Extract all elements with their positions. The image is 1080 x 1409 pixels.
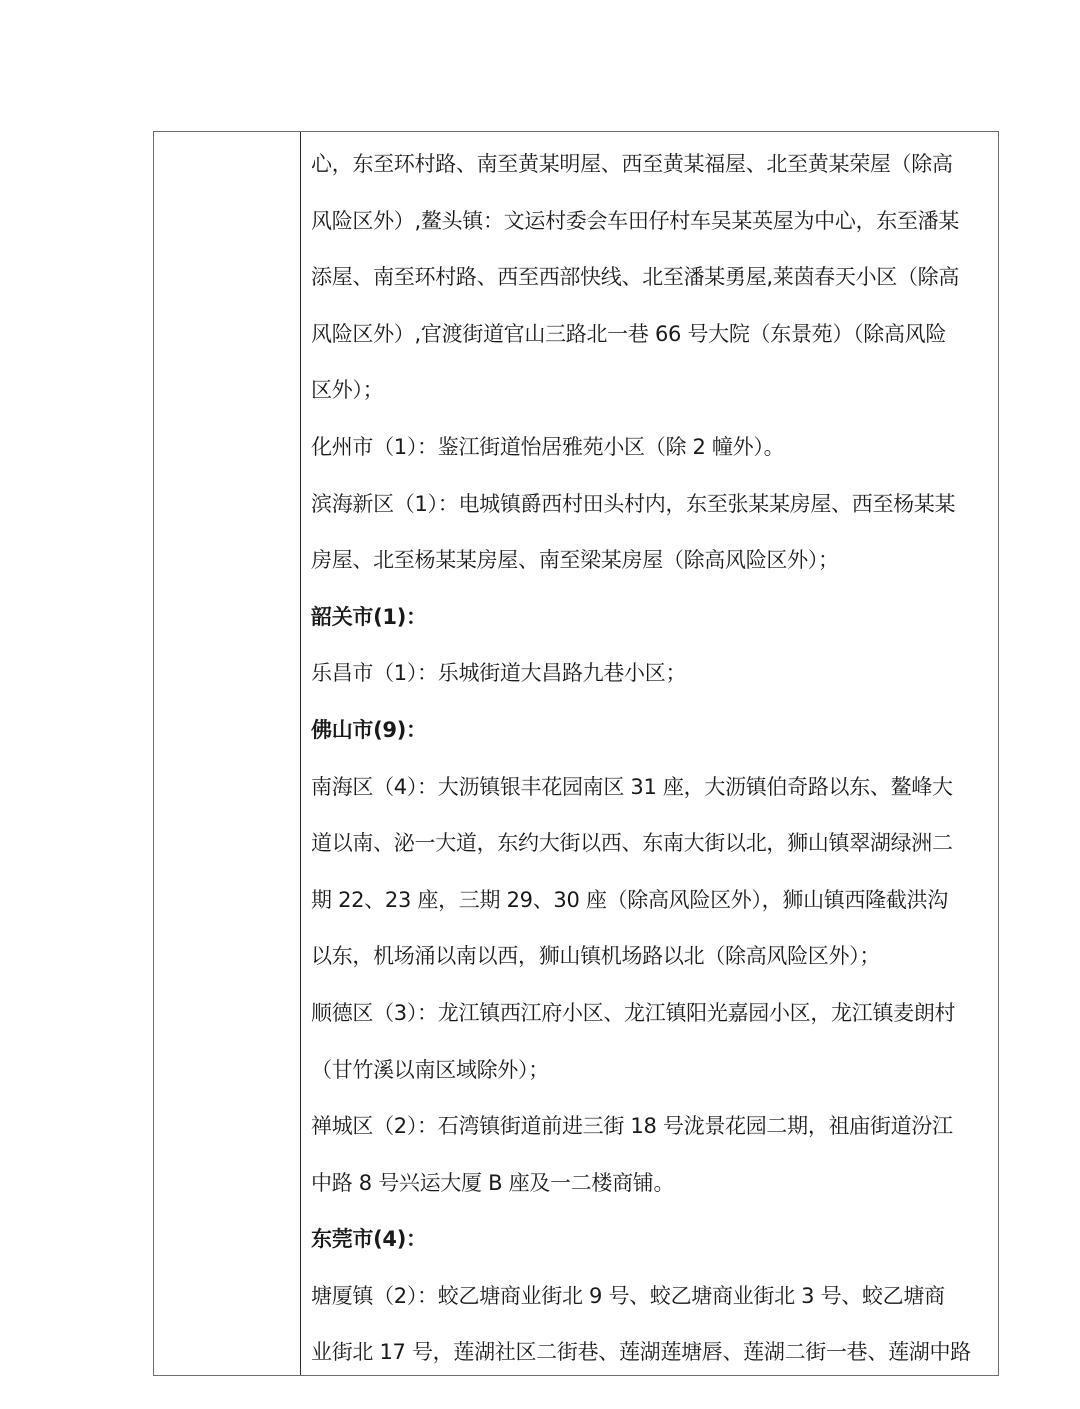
district-entry-nanhai: 南海区（4）：大沥镇银丰花园南区 31 座，大沥镇伯奇路以东、鳌峰大 bbox=[311, 759, 990, 816]
district-entry-lechang: 乐昌市（1）：乐城街道大昌路九巷小区； bbox=[311, 645, 990, 702]
text-line: 中路 8 号兴运大厦 B 座及一二楼商铺。 bbox=[311, 1155, 990, 1212]
city-heading-dongguan: 东莞市(4)： bbox=[311, 1211, 990, 1268]
text-line: （甘竹溪以南区域除外）； bbox=[311, 1042, 990, 1099]
text-line: 道以南、泌一大道，东约大街以西、东南大街以北，狮山镇翠湖绿洲二 bbox=[311, 815, 990, 872]
district-entry-huazhou: 化州市（1）：鉴江街道怡居雅苑小区（除 2 幢外）。 bbox=[311, 419, 990, 476]
text-line: 业街北 17 号，莲湖社区二街巷、莲湖莲塘唇、莲湖二街一巷、莲湖中路 bbox=[311, 1324, 990, 1375]
district-entry-chancheng: 禅城区（2）：石湾镇街道前进三街 18 号泷景花园二期，祖庙街道汾江 bbox=[311, 1098, 990, 1155]
text-line: 以东，机场涌以南以西，狮山镇机场路以北（除高风险区外）； bbox=[311, 928, 990, 985]
text-line: 房屋、北至杨某某房屋、南至梁某房屋（除高风险区外）； bbox=[311, 532, 990, 589]
text-line: 风险区外）,官渡街道官山三路北一巷 66 号大院（东景苑）（除高风险 bbox=[311, 306, 990, 363]
district-entry-shunde: 顺德区（3）：龙江镇西江府小区、龙江镇阳光嘉园小区，龙江镇麦朗村 bbox=[311, 985, 990, 1042]
district-entry-binhai: 滨海新区（1）：电城镇爵西村田头村内，东至张某某房屋、西至杨某某 bbox=[311, 476, 990, 533]
text-line: 心，东至环村路、南至黄某明屋、西至黄某福屋、北至黄某荣屋（除高 bbox=[311, 136, 990, 193]
text-line: 区外）； bbox=[311, 362, 990, 419]
district-entry-tangxia: 塘厦镇（2）：蛟乙塘商业街北 9 号、蛟乙塘商业街北 3 号、蛟乙塘商 bbox=[311, 1268, 990, 1325]
table-left-column bbox=[154, 132, 301, 1375]
text-line: 风险区外）,鳌头镇：文运村委会车田仔村车吴某英屋为中心，东至潘某 bbox=[311, 193, 990, 250]
city-heading-foshan: 佛山市(9)： bbox=[311, 702, 990, 759]
text-line: 添屋、南至环村路、西至西部快线、北至潘某勇屋,莱茵春天小区（除高 bbox=[311, 249, 990, 306]
table-content-column: 心，东至环村路、南至黄某明屋、西至黄某福屋、北至黄某荣屋（除高 风险区外）,鳌头… bbox=[301, 132, 998, 1375]
text-line: 期 22、23 座，三期 29、30 座（除高风险区外），狮山镇西隆截洪沟 bbox=[311, 872, 990, 929]
document-table: 心，东至环村路、南至黄某明屋、西至黄某福屋、北至黄某荣屋（除高 风险区外）,鳌头… bbox=[153, 131, 999, 1376]
city-heading-shaoguan: 韶关市(1)： bbox=[311, 589, 990, 646]
